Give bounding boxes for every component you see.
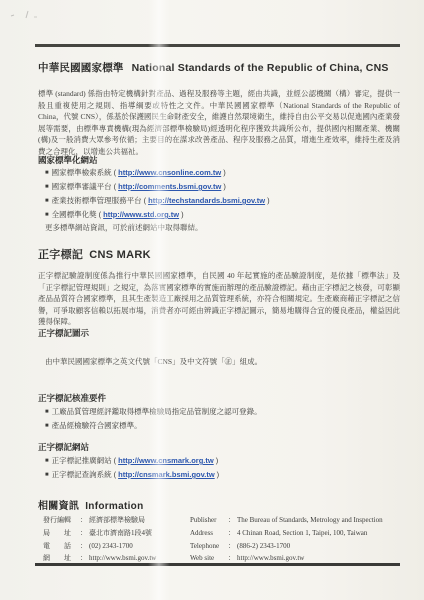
close-paren: ) [223,168,226,177]
square-bullet-icon: ■ [45,184,49,190]
cns-mark-paragraph: 正字標記驗證制度係為推行中華民國國家標準，自民國 40 年起實施的產品驗證制度，… [38,270,400,328]
page-title-zh: 中華民國國家標準 [38,62,124,74]
info-label: Telephone [190,540,228,553]
comments-link[interactable]: http://comments.bsmi.gov.tw [118,182,221,191]
heading-cns-mark-zh: 正字標記 [38,249,83,261]
info-row-phone-zh: 電 話：(02) 2343-1700 [43,540,180,553]
list-item: ■產業技術標準管理服務平台(http://techstandards.bsmi.… [45,194,400,208]
colon: ： [80,514,87,527]
info-row-phone-en: Telephone：(886-2) 2343-1700 [190,540,400,553]
square-bullet-icon: ■ [45,198,49,204]
info-label: 發行編輯 [43,514,80,527]
open-paren: ( [114,456,117,465]
square-bullet-icon: ■ [45,472,49,478]
site-label: 產業技術標準管理服務平台 [52,196,142,205]
info-label: Publisher [190,514,228,527]
info-value: The Bureau of Standards, Metrology and I… [237,514,383,527]
list-item: ■國家標準檢索系統(http://www.cnsonline.com.tw) [45,166,400,180]
list-item: ■全國標準化獎(http://www.std.org.tw) [45,208,400,222]
info-row-publisher-en: Publisher：The Bureau of Standards, Metro… [190,514,400,527]
square-bullet-icon: ■ [45,212,49,218]
heading-information-en: Information [85,501,143,512]
square-bullet-icon: ■ [45,458,49,464]
std-award-link[interactable]: http://www.std.org.tw [103,210,179,219]
site-label: 正字標記查詢系統 [52,470,112,479]
information-zh-column: 發行編輯：經濟部標準檢驗局 局 址：臺北市濟南路1段4號 電 話：(02) 23… [38,514,180,565]
cns-mark-icon-description: 由中華民國國家標準之英文代號「CNS」及中文符號「㊣」組成。 [38,356,400,368]
list-item: ■產品經檢驗符合國家標準。 [45,419,400,433]
site-label: 國家標準審議平台 [52,182,112,191]
open-paren: ( [99,210,102,219]
document-page: 中華民國國家標準National Standards of the Republ… [0,0,424,600]
site-label: 正字標記推廣網站 [52,456,112,465]
info-row-address-en: Address：4 Chinan Road, Section 1, Taipei… [190,527,400,540]
heading-cns-mark-sites: 正字標記網站 [38,441,400,453]
colon: ： [228,514,235,527]
cnsmark-query-link[interactable]: http://cnsmark.bsmi.gov.tw [118,470,215,479]
colon: ： [80,540,87,553]
list-item: ■正字標記推廣網站(http://www.cnsmark.org.tw) [45,454,400,468]
info-value: 經濟部標準檢驗局 [89,514,145,527]
colon: ： [80,527,87,540]
list-item: ■工廠品質管理經評鑑取得標準檢驗局指定品管制度之認可登錄。 [45,405,400,419]
colon: ： [228,527,235,540]
heading-approval-requirements: 正字標記核准要件 [38,392,400,404]
site-label: 國家標準檢索系統 [52,168,112,177]
info-value: (886-2) 2343-1700 [237,540,290,553]
approval-requirements-list: ■工廠品質管理經評鑑取得標準檢驗局指定品管制度之認可登錄。 ■產品經檢驗符合國家… [38,405,400,433]
close-paren: ) [216,456,219,465]
info-label: 局 址 [43,527,80,540]
top-rule [35,44,400,47]
info-label: 電 話 [43,540,80,553]
requirement-text: 產品經檢驗符合國家標準。 [52,421,142,430]
info-value: (02) 2343-1700 [89,540,133,553]
open-paren: ( [114,470,117,479]
info-label: Address [190,527,228,540]
site-label: 全國標準化獎 [52,210,97,219]
close-paren: ) [223,182,226,191]
close-paren: ) [267,196,270,205]
info-row-publisher-zh: 發行編輯：經濟部標準檢驗局 [43,514,180,527]
list-item: ■正字標記查詢系統(http://cnsmark.bsmi.gov.tw) [45,468,400,482]
info-value: 4 Chinan Road, Section 1, Taipei, 100, T… [237,527,367,540]
standards-sites-list: ■國家標準檢索系統(http://www.cnsonline.com.tw) ■… [38,166,400,222]
page-title: 中華民國國家標準National Standards of the Republ… [38,60,400,75]
more-sites-note: 更多標準網站資訊，可於前述網站中取得聯結。 [38,222,400,234]
heading-cns-mark: 正字標記CNS MARK [38,246,400,262]
heading-cns-mark-en: CNS MARK [89,249,151,261]
page-title-en: National Standards of the Republic of Ch… [132,62,389,74]
colon: ： [228,540,235,553]
open-paren: ( [144,196,147,205]
bottom-rule [35,563,400,566]
close-paren: ) [181,210,184,219]
list-item: ■國家標準審議平台(http://comments.bsmi.gov.tw) [45,180,400,194]
heading-standards-sites: 國家標準化網站 [38,154,400,166]
heading-information-zh: 相關資訊 [38,501,79,512]
information-en-column: Publisher：The Bureau of Standards, Metro… [190,514,400,565]
square-bullet-icon: ■ [45,170,49,176]
cnsonline-link[interactable]: http://www.cnsonline.com.tw [118,168,221,177]
info-value: 臺北市濟南路1段4號 [89,527,152,540]
cns-mark-sites-list: ■正字標記推廣網站(http://www.cnsmark.org.tw) ■正字… [38,454,400,482]
cnsmark-promo-link[interactable]: http://www.cnsmark.org.tw [118,456,214,465]
square-bullet-icon: ■ [45,409,49,415]
techstandards-link[interactable]: http://techstandards.bsmi.gov.tw [148,196,265,205]
square-bullet-icon: ■ [45,423,49,429]
close-paren: ) [217,470,220,479]
heading-information: 相關資訊Information [38,497,400,512]
information-block: 發行編輯：經濟部標準檢驗局 局 址：臺北市濟南路1段4號 電 話：(02) 23… [38,514,400,565]
open-paren: ( [114,168,117,177]
intro-paragraph: 標準 (standard) 係指由特定機構針對產品、過程及服務等主題，經由共識，… [38,88,400,157]
requirement-text: 工廠品質管理經評鑑取得標準檢驗局指定品管制度之認可登錄。 [52,407,262,416]
pencil-marks-icon [8,8,44,22]
open-paren: ( [114,182,117,191]
heading-cns-mark-icon: 正字標記圖示 [38,327,400,339]
info-row-address-zh: 局 址：臺北市濟南路1段4號 [43,527,180,540]
